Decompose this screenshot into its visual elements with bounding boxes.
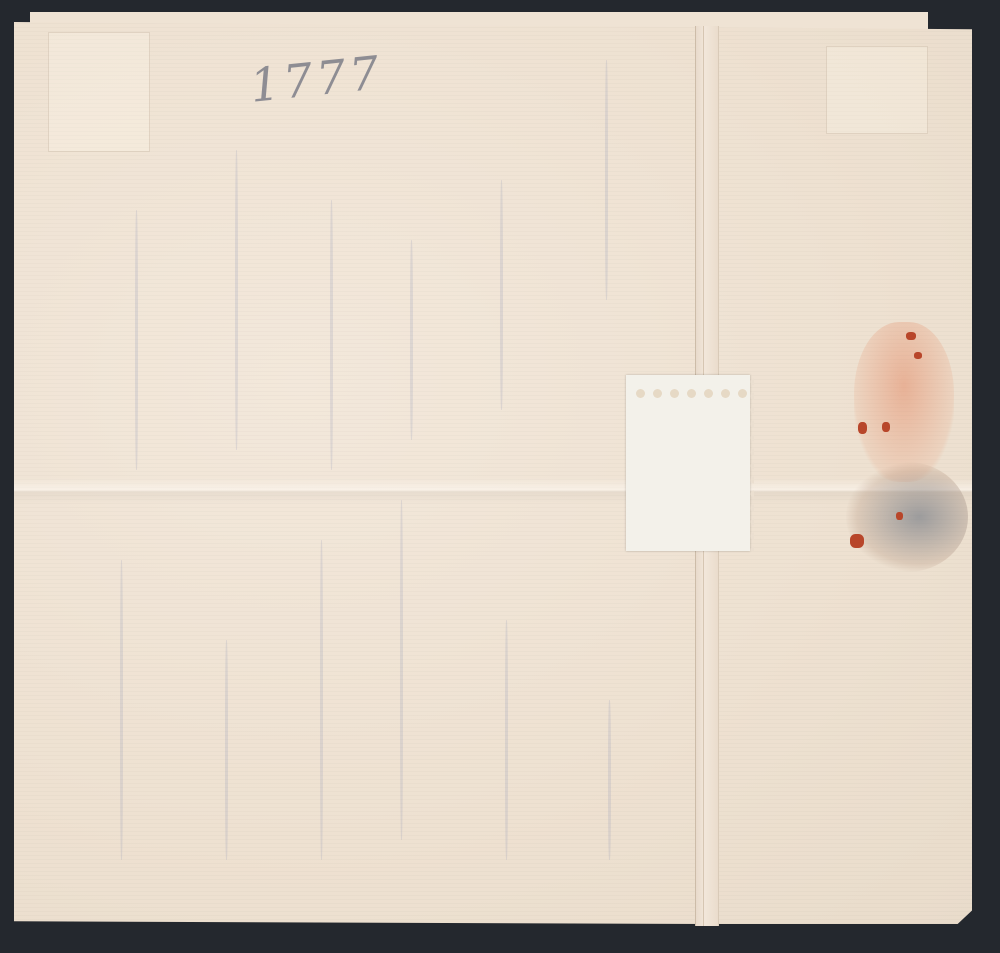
ink-show-through xyxy=(410,240,413,440)
perforation-hole xyxy=(721,389,730,398)
ink-show-through xyxy=(330,200,333,470)
ink-show-through xyxy=(608,700,611,860)
wax-fleck xyxy=(914,352,922,359)
perforation-hole xyxy=(687,389,696,398)
horizontal-fold xyxy=(14,478,972,504)
ink-show-through xyxy=(120,560,123,860)
perforated-label xyxy=(626,375,750,551)
ink-show-through xyxy=(235,150,238,450)
perforation-hole xyxy=(653,389,662,398)
perforation-holes xyxy=(636,389,747,398)
ink-show-through xyxy=(505,620,508,860)
perforated-edge xyxy=(746,375,754,551)
ink-show-through xyxy=(225,640,228,860)
ink-show-through xyxy=(135,210,138,470)
faded-patch-left xyxy=(48,32,150,152)
wax-fleck xyxy=(906,332,916,340)
folded-letter xyxy=(14,22,972,924)
perforation-hole xyxy=(670,389,679,398)
wax-fleck xyxy=(850,534,864,548)
perforation-hole xyxy=(704,389,713,398)
perforation-hole xyxy=(636,389,645,398)
seal-red-residue xyxy=(854,322,954,482)
faded-patch-right xyxy=(826,46,928,134)
ink-show-through xyxy=(605,60,608,300)
wax-seal-remnant xyxy=(846,322,968,574)
ink-show-through xyxy=(400,500,403,840)
seal-grey-residue xyxy=(846,462,968,572)
ink-show-through xyxy=(500,180,503,410)
wax-fleck xyxy=(882,422,890,432)
wax-fleck xyxy=(858,422,867,434)
ink-show-through xyxy=(320,540,323,860)
wax-fleck xyxy=(896,512,903,520)
